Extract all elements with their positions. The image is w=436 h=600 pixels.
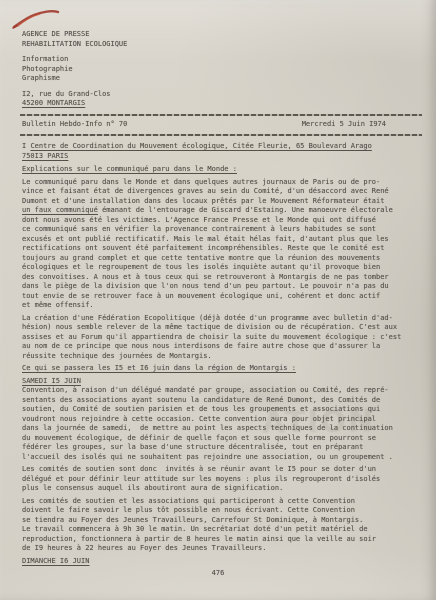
agency-address-street: I2, rue du Grand-Clos: [22, 90, 424, 100]
bulletin-title: Bulletin Hebdo-Info n° 70: [22, 120, 127, 130]
masthead-row: Bulletin Hebdo-Info n° 70 Mercredi 5 Jui…: [22, 120, 424, 130]
paragraph-federation: La création d'une Fédération Ecopolitiqu…: [22, 314, 424, 362]
underlined-phrase: un faux communiqué: [22, 206, 98, 214]
separator-masthead: [20, 134, 422, 136]
separator-top: [20, 114, 422, 116]
agency-services: Information Photographie Graphisme: [22, 55, 424, 84]
paragraph-communique-underline-line: un faux communiqué émanant de l'entourag…: [22, 206, 424, 216]
paragraph-communique-rest: dont nous avons été les victimes. L'Agen…: [22, 216, 424, 311]
section-heading: I Centre de Coordination du Mouvement éc…: [22, 142, 424, 161]
saturday-paragraph-comites: Les comités de soutien sont donc invités…: [22, 465, 424, 494]
subheading: Explications sur le communiqué paru dans…: [22, 165, 424, 175]
section-heading-line1: Centre de Coordination du Mouvement écol…: [30, 142, 371, 150]
agency-address-city: 45200 MONTARGIS: [22, 99, 424, 109]
page-content: AGENCE DE PRESSE REHABILITATION ECOLOGIQ…: [0, 0, 436, 579]
agency-name-line1: AGENCE DE PRESSE: [22, 30, 424, 40]
schedule-heading: Ce qui se passera les I5 et I6 juin dans…: [22, 364, 424, 374]
saturday-paragraph-logistique: Les comités de soutien et les associatio…: [22, 497, 424, 554]
issue-date: Mercredi 5 Juin I974: [302, 120, 386, 130]
page-number: 476: [22, 569, 424, 579]
header-block: AGENCE DE PRESSE REHABILITATION ECOLOGIQ…: [22, 30, 424, 109]
paragraph-communique: Le communiqué paru dans le Monde et dans…: [22, 178, 424, 311]
saturday-paragraph-convention: Convention, à raison d'un délégué mandat…: [22, 386, 424, 462]
underline-line-rest: émanant de l'entourage de Giscard d'Esta…: [98, 206, 393, 214]
scanned-bulletin-page: ATION AGENCE DE PRESSE REHABILITATION EC…: [0, 0, 436, 600]
agency-name-line2: REHABILITATION ECOLOGIQUE: [22, 40, 424, 50]
saturday-heading: SAMEDI I5 JUIN: [22, 377, 424, 387]
paragraph-communique-start: Le communiqué paru dans le Monde et dans…: [22, 178, 424, 207]
sunday-heading: DIMANCHE I6 JUIN: [22, 557, 424, 567]
section-heading-line2: 750I3 PARIS: [22, 152, 68, 160]
